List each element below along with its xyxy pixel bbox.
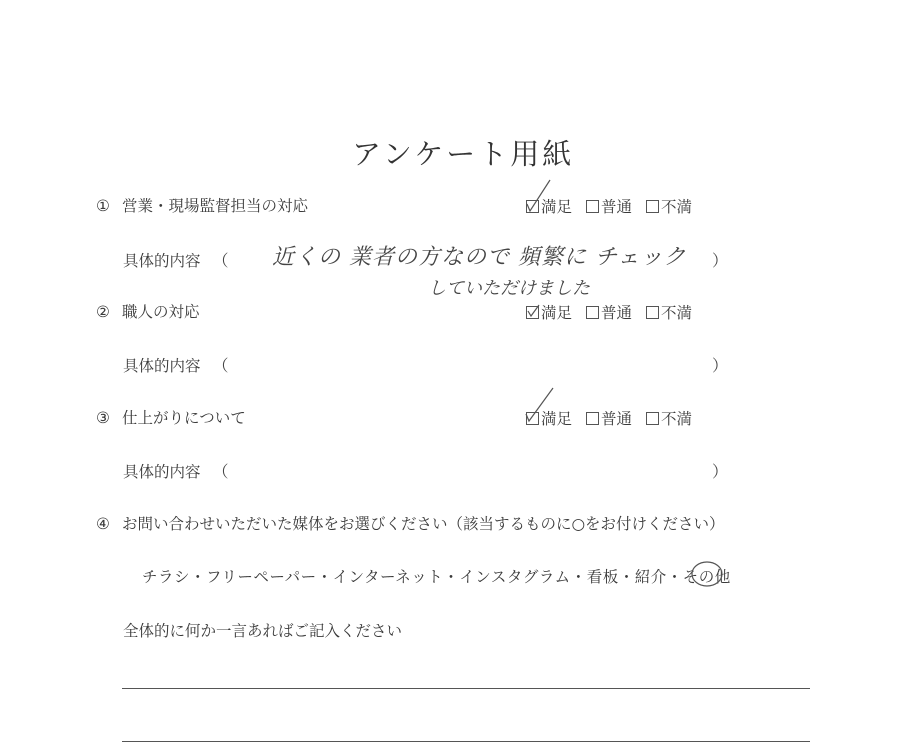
option-normal[interactable]: 普通 [586,195,632,217]
option-dissatisfied[interactable]: 不満 [646,195,692,217]
media-option-signboard[interactable]: 看板 [587,568,619,586]
media-option-internet[interactable]: インターネット [333,568,444,586]
option-dissatisfied[interactable]: 不満 [646,301,692,323]
question-number: ① [96,197,122,215]
checkmark-icon [524,178,554,214]
question-2-detail: 具体的内容（ [123,353,229,376]
option-normal[interactable]: 普通 [586,407,632,429]
media-option-referral[interactable]: 紹介 [635,568,667,586]
question-1: ①営業・現場監督担当の対応 [96,194,308,216]
paren-close: ） [712,459,728,482]
option-normal[interactable]: 普通 [586,301,632,323]
circle-mark-icon [690,558,726,590]
question-label: 仕上がりについて [122,409,246,427]
question-4: ④お問い合わせいただいた媒体をお選びください（該当するものに○をお付けください） [96,512,725,534]
paren-close: ） [712,248,728,271]
comment-label: 全体的に何か一言あればご記入ください [123,619,402,641]
checkbox-normal[interactable] [586,200,599,213]
question-label: 営業・現場監督担当の対応 [122,197,308,215]
question-1-detail: 具体的内容（ [123,248,229,271]
checkbox-normal[interactable] [586,306,599,319]
question-label: お問い合わせいただいた媒体をお選びください（該当するものに○をお付けください） [122,515,725,533]
question-number: ③ [96,409,122,427]
checkmark-icon [526,303,542,319]
comment-line-2[interactable] [122,741,810,742]
question-label: 職人の対応 [122,303,200,321]
media-option-free-paper[interactable]: フリーペーパー [206,568,317,586]
option-dissatisfied[interactable]: 不満 [646,407,692,429]
paren-close: ） [712,353,728,376]
media-options: チラシ・フリーペーパー・インターネット・インスタグラム・看板・紹介・その他 [142,565,731,587]
media-option-flyer[interactable]: チラシ [142,568,190,586]
checkbox-dissatisfied[interactable] [646,412,659,425]
handwritten-answer-line-2[interactable]: していただけました [428,274,590,300]
question-3: ③仕上がりについて [96,406,246,428]
page-title: アンケート用紙 [352,132,574,173]
checkbox-dissatisfied[interactable] [646,200,659,213]
media-option-instagram[interactable]: インスタグラム [459,568,570,586]
question-number: ② [96,303,122,321]
comment-line-1[interactable] [122,688,810,689]
checkmark-icon [523,386,557,424]
question-2: ②職人の対応 [96,300,200,322]
checkbox-normal[interactable] [586,412,599,425]
question-2-options: 満足普通不満 [526,301,706,323]
question-number: ④ [96,515,122,533]
checkbox-dissatisfied[interactable] [646,306,659,319]
handwritten-answer-line-1[interactable]: 近くの 業者の方なので 頻繁に チェック [272,240,686,271]
question-3-detail: 具体的内容（ [123,459,229,482]
